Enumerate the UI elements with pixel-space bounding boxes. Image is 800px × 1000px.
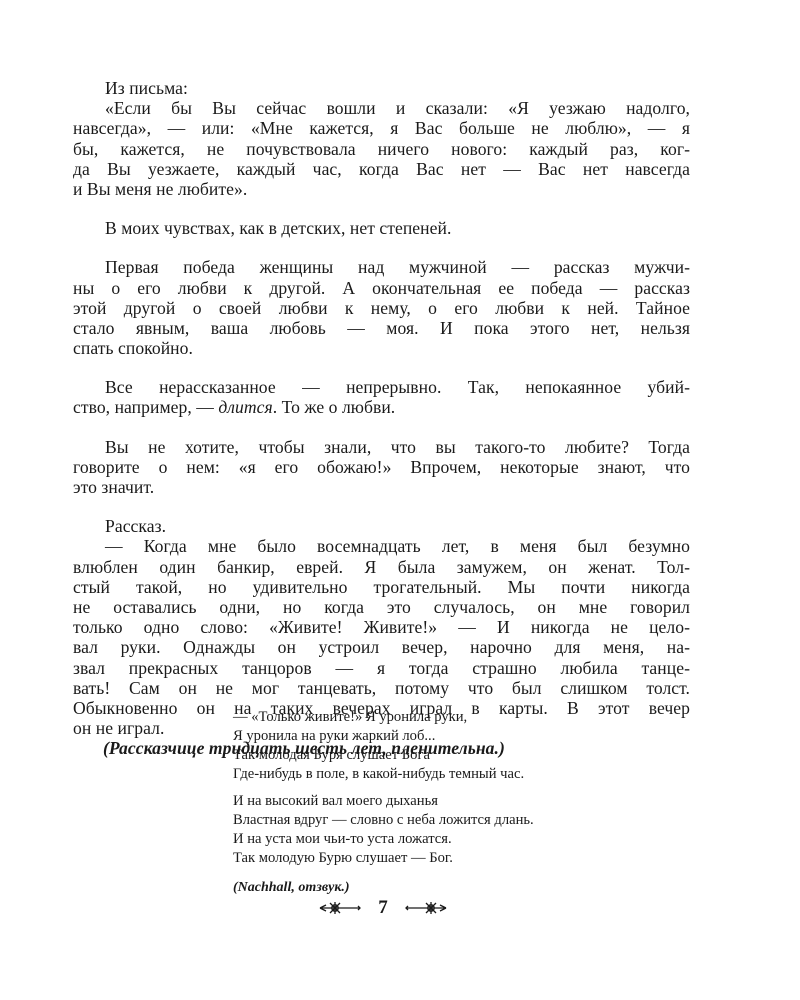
text-line: стый такой, но удивительно трогательный.…	[73, 577, 690, 597]
paragraph-untold: Все нерассказанное — непрерывно. Так, не…	[73, 377, 690, 417]
verse-line: Властная вдруг — словно с неба ложится д…	[233, 811, 693, 830]
verse-line: Где-нибудь в поле, в какой-нибудь темный…	[233, 765, 693, 784]
paragraph-adore: Вы не хотите, чтобы знали, что вы такого…	[73, 437, 690, 498]
page-footer: 7	[318, 896, 448, 920]
text-line: звал прекрасных танцоров — я тогда страш…	[73, 658, 690, 678]
main-text-column: Из письма: «Если бы Вы сейчас вошли и ск…	[73, 78, 690, 758]
paragraph-first-victory: Первая победа женщины над мужчиной — рас…	[73, 257, 690, 358]
text-line: «Если бы Вы сейчас вошли и сказали: «Я у…	[73, 98, 690, 118]
text-line: да Вы уезжаете, каждый час, когда Вас не…	[73, 159, 690, 179]
text-line: В моих чувствах, как в детских, нет степ…	[73, 218, 690, 238]
text-line: только одно слово: «Живите! Живите!» — И…	[73, 617, 690, 637]
text-line: вал руки. Однажды он устроил вечер, наро…	[73, 637, 690, 657]
text-line: вать! Сам он не мог танцевать, потому чт…	[73, 678, 690, 698]
floral-ornament-left-icon	[318, 900, 362, 916]
page-number: 7	[378, 897, 388, 919]
text-line: говорите о нем: «я его обожаю!» Впрочем,…	[73, 457, 690, 477]
text-line: навсегда», — или: «Мне кажется, я Вас бо…	[73, 118, 690, 138]
text-line: Рассказ.	[73, 516, 690, 536]
text-line: Первая победа женщины над мужчиной — рас…	[73, 257, 690, 277]
paragraph-from-letter: Из письма: «Если бы Вы сейчас вошли и ск…	[73, 78, 690, 199]
verse-stanza: — «Только живите!» Я уронила руки, Я уро…	[233, 708, 693, 784]
text-line: Все нерассказанное — непрерывно. Так, не…	[73, 377, 690, 397]
text-line: спать спокойно.	[73, 338, 690, 358]
verse-line: Я уронила на руки жаркий лоб...	[233, 727, 693, 746]
verse-stanza: И на высокий вал моего дыханья Властная …	[233, 792, 693, 868]
text-line: Из письма:	[73, 78, 690, 98]
emphasis-text: длится	[218, 397, 272, 417]
verse-line: И на высокий вал моего дыханья	[233, 792, 693, 811]
book-page: Из письма: «Если бы Вы сейчас вошли и ск…	[0, 0, 800, 1000]
text-line: влюблен один банкир, еврей. Я была замуж…	[73, 557, 690, 577]
text-line: не оставались одни, но когда это случало…	[73, 597, 690, 617]
text-line: ны о его любви к другой. А окончательная…	[73, 278, 690, 298]
text-line: этой другой о своей любви к нему, о его …	[73, 298, 690, 318]
text-line: бы, кажется, не почувствовала ничего нов…	[73, 139, 690, 159]
verse-line: И на уста мои чьи-то уста ложатся.	[233, 830, 693, 849]
verse-block: — «Только живите!» Я уронила руки, Я уро…	[233, 708, 693, 896]
text-line: — Когда мне было восемнадцать лет, в мен…	[73, 536, 690, 556]
verse-note: (Nachhall, отзвук.)	[233, 880, 693, 896]
text-line: ство, например, — длится. То же о любви.	[73, 397, 690, 417]
verse-line: Так молодую Бурю слушает — Бог.	[233, 849, 693, 868]
text-line: Вы не хотите, чтобы знали, что вы такого…	[73, 437, 690, 457]
floral-ornament-right-icon	[404, 900, 448, 916]
verse-line: Так молодая Буря слушает Бога	[233, 746, 693, 765]
text-line: и Вы меня не любите».	[73, 179, 690, 199]
text-line: это значит.	[73, 477, 690, 497]
verse-line: — «Только живите!» Я уронила руки,	[233, 708, 693, 727]
paragraph-feelings: В моих чувствах, как в детских, нет степ…	[73, 218, 690, 238]
text-line: стало явным, ваша любовь — моя. И пока э…	[73, 318, 690, 338]
